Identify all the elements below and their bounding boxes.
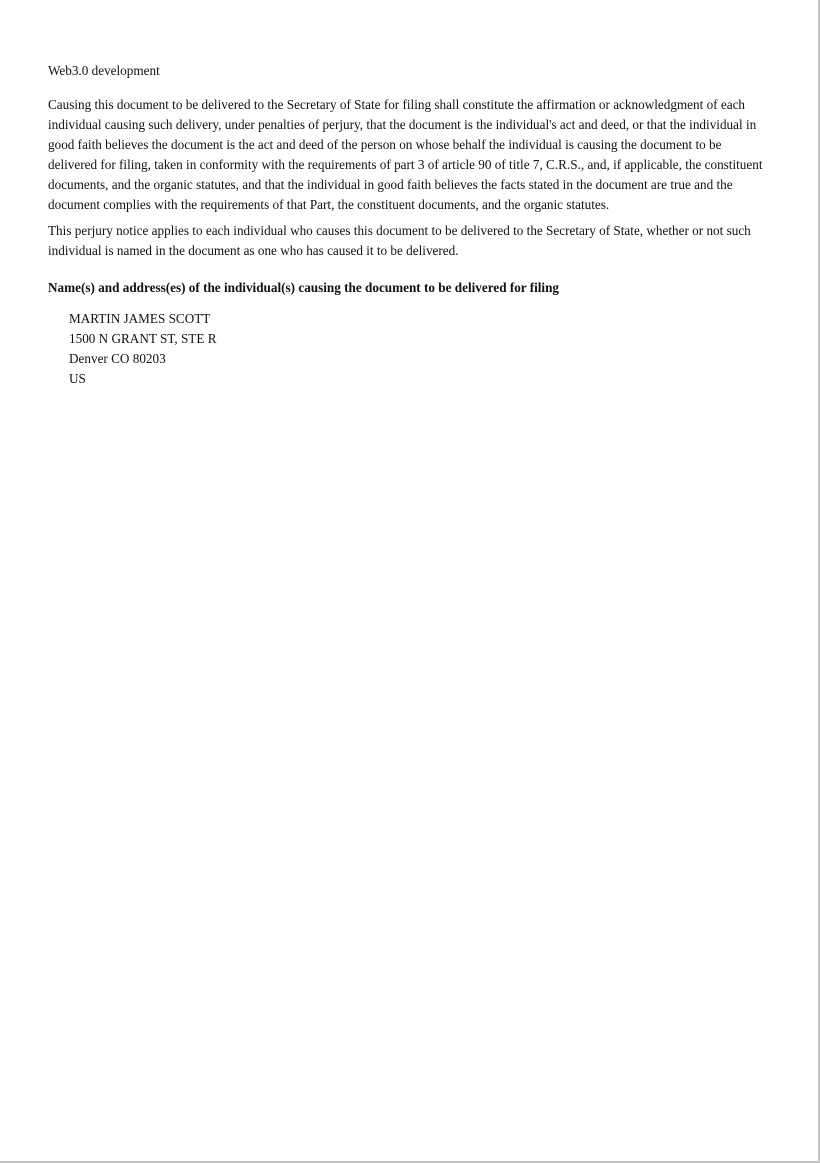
document-content: Web3.0 development Causing this document…	[48, 61, 772, 389]
affirmation-paragraph: Causing this document to be delivered to…	[48, 95, 772, 215]
filer-section-title: Name(s) and address(es) of the individua…	[48, 278, 772, 298]
filer-country: US	[69, 369, 772, 389]
document-page: Web3.0 development Causing this document…	[0, 0, 820, 1163]
perjury-notice-paragraph: This perjury notice applies to each indi…	[48, 221, 772, 261]
filer-street: 1500 N GRANT ST, STE R	[69, 329, 772, 349]
filer-address-block: MARTIN JAMES SCOTT 1500 N GRANT ST, STE …	[69, 309, 772, 389]
filer-city-state-zip: Denver CO 80203	[69, 349, 772, 369]
document-heading: Web3.0 development	[48, 61, 772, 81]
filer-name: MARTIN JAMES SCOTT	[69, 309, 772, 329]
